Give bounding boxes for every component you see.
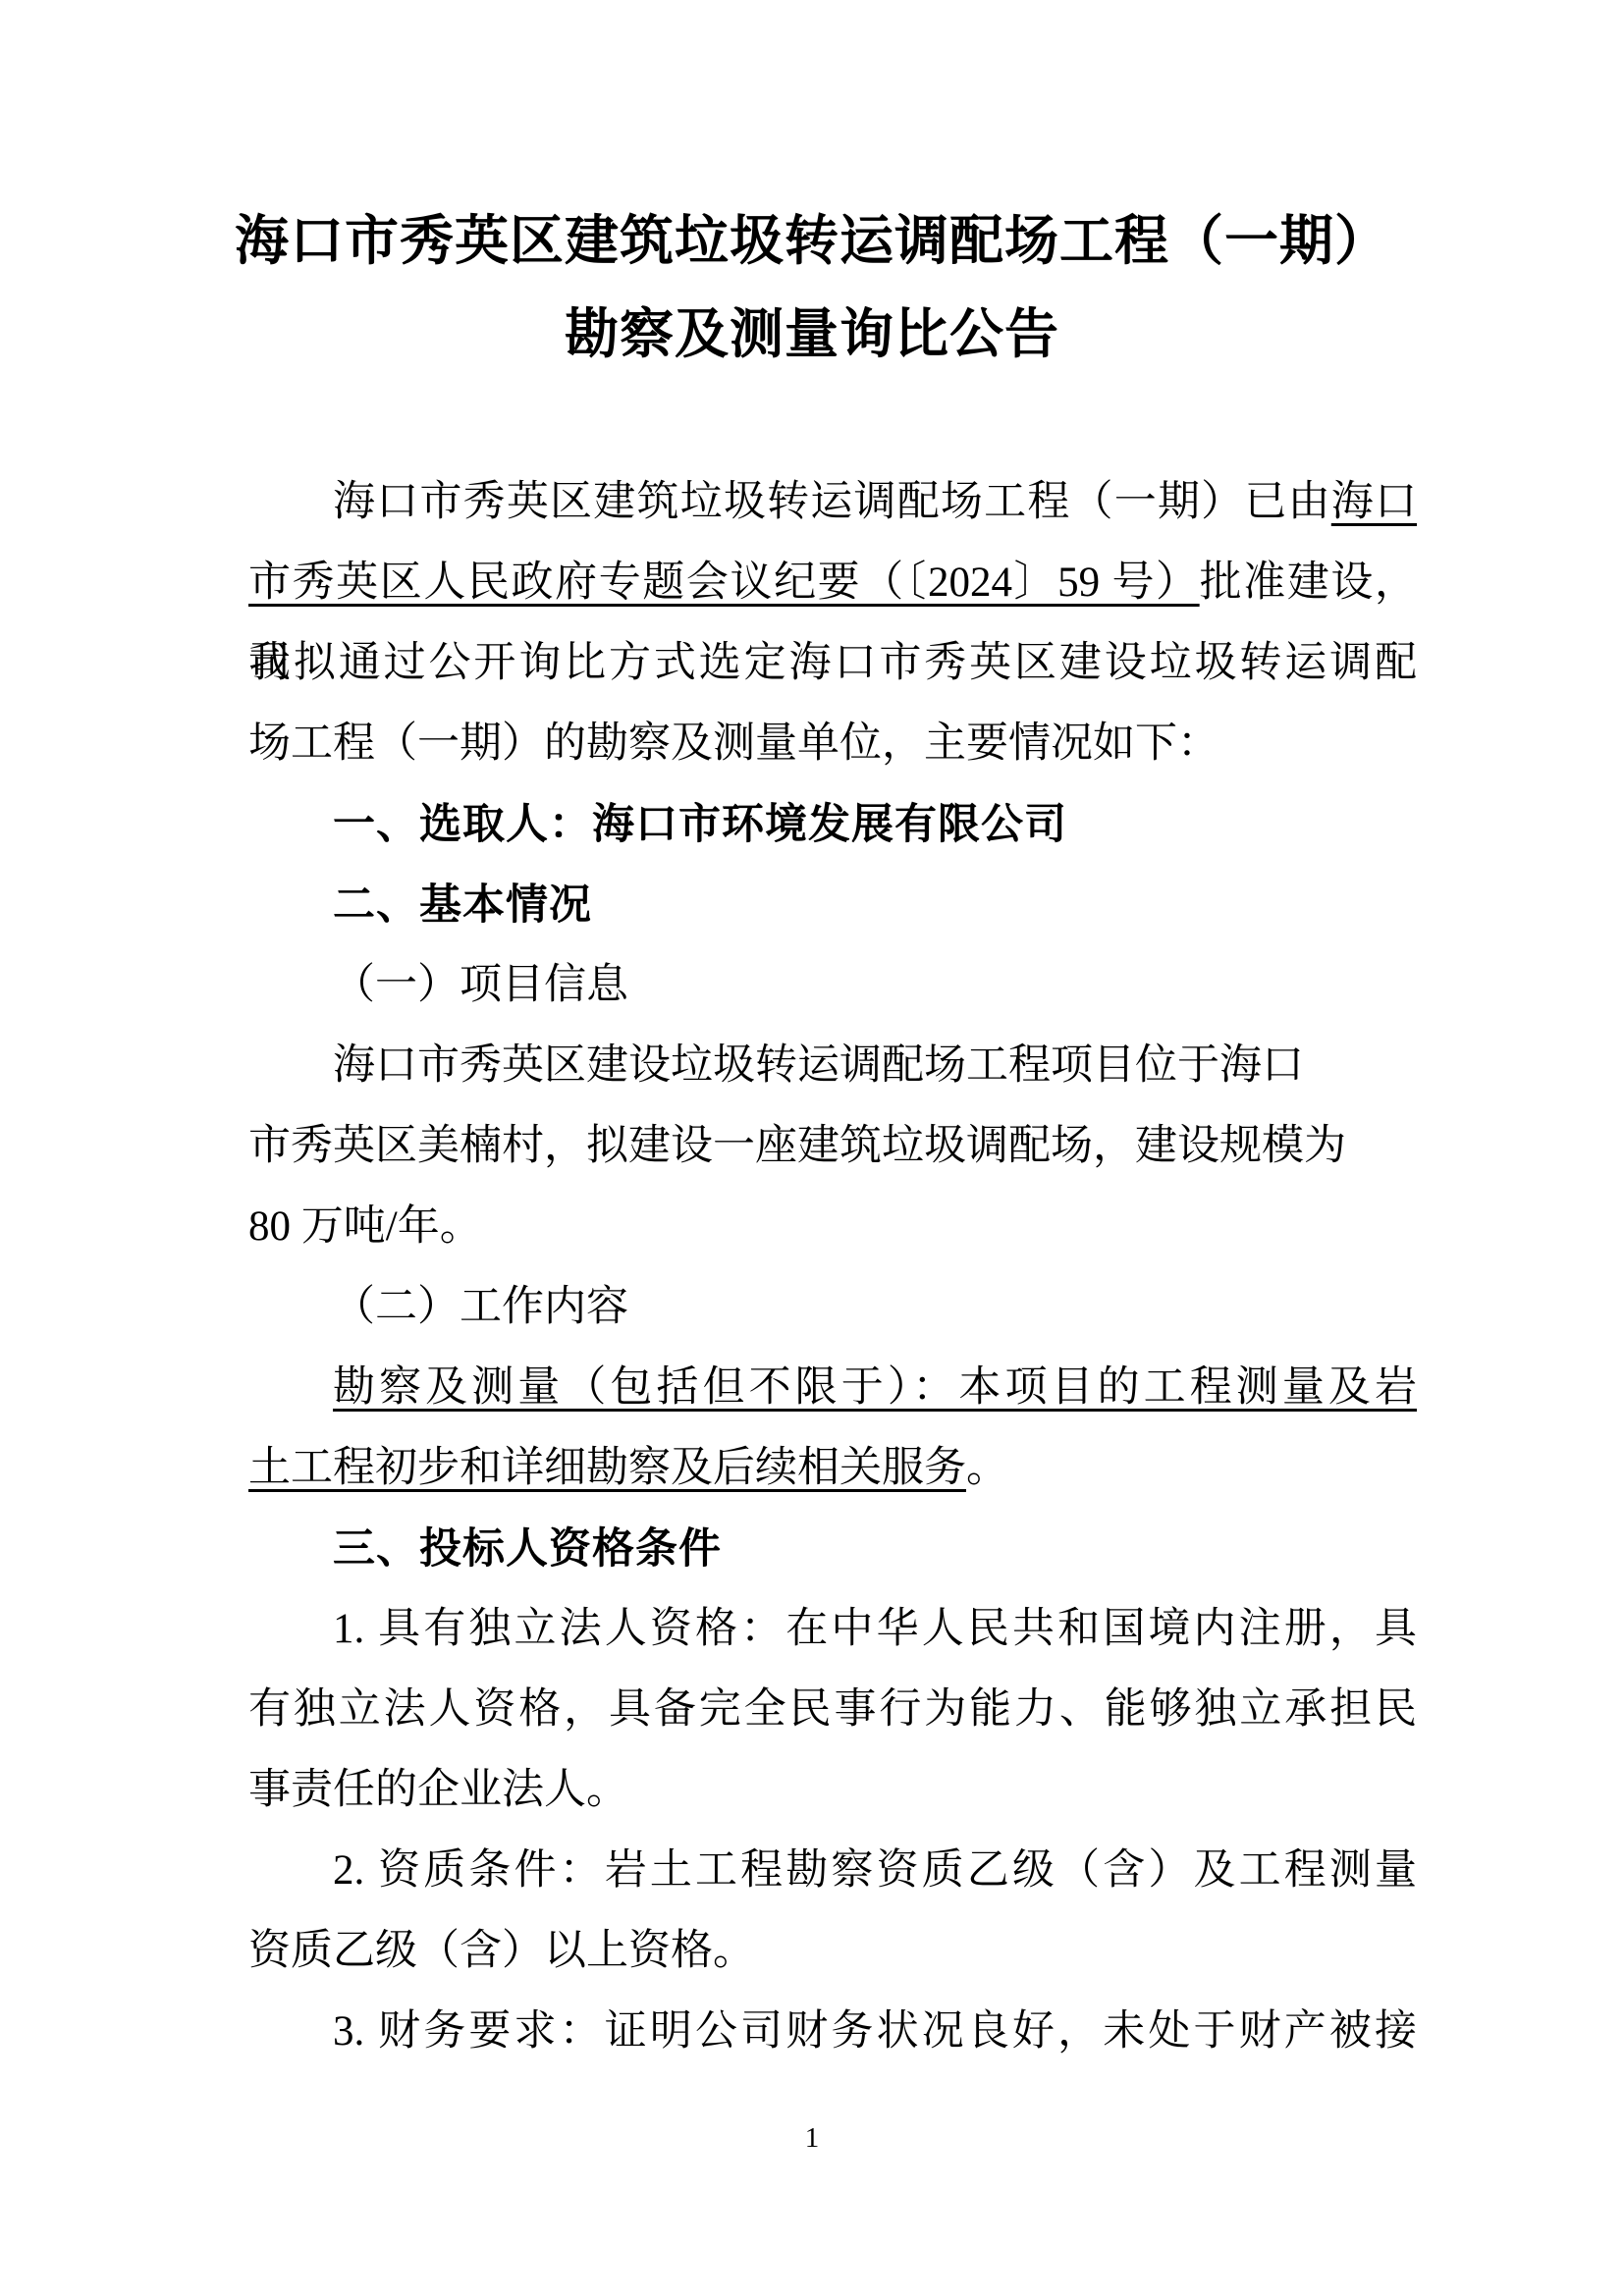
text-line: 勘察及测量（包括但不限于）：本项目的工程测量及岩	[248, 1348, 1417, 1428]
text-run: （二）工作内容	[333, 1284, 628, 1330]
document-body: 海口市秀英区建筑垃圾转运调配场工程（一期）已由海口市秀英区人民政府专题会议纪要（…	[248, 462, 1417, 2072]
underlined-text-run: 海口	[1331, 479, 1417, 525]
text-line: 土工程初步和详细勘察及后续相关服务。	[248, 1428, 1417, 1509]
text-run: 80 万吨/年。	[248, 1203, 482, 1250]
text-line: 1. 具有独立法人资格：在中华人民共和国境内注册，具	[248, 1589, 1417, 1670]
text-run: 1. 具有独立法人资格：在中华人民共和国境内注册，具	[333, 1606, 1417, 1652]
text-run: 有独立法人资格，具备完全民事行为能力、能够独立承担民	[248, 1686, 1417, 1733]
text-run: 2. 资质条件：岩土工程勘察资质乙级（含）及工程测量	[333, 1847, 1417, 1894]
underlined-text-run: 市秀英区人民政府专题会议纪要（〔2024〕59 号）	[248, 560, 1200, 606]
text-run: 海口市秀英区建设垃圾转运调配场工程项目位于海口	[333, 1042, 1304, 1089]
text-run: 三、投标人资格条件	[333, 1525, 722, 1573]
text-line: 三、投标人资格条件	[248, 1509, 1417, 1589]
text-run: 。	[966, 1445, 1008, 1491]
underlined-text-run: 土工程初步和详细勘察及后续相关服务	[248, 1445, 966, 1491]
document-page: 海口市秀英区建筑垃圾转运调配场工程（一期） 勘察及测量询比公告 海口市秀英区建筑…	[0, 0, 1624, 2296]
text-run: （一）项目信息	[333, 962, 628, 1008]
text-line: 80 万吨/年。	[248, 1187, 1417, 1267]
text-run: 一、选取人：海口市环境发展有限公司	[333, 801, 1067, 848]
text-line: 3. 财务要求：证明公司财务状况良好，未处于财产被接	[248, 1992, 1417, 2072]
text-line: 海口市秀英区建设垃圾转运调配场工程项目位于海口	[248, 1026, 1417, 1106]
text-line: 资质乙级（含）以上资格。	[248, 1911, 1417, 1992]
text-run: 司拟通过公开询比方式选定海口市秀英区建设垃圾转运调配	[248, 640, 1417, 686]
text-line: 司拟通过公开询比方式选定海口市秀英区建设垃圾转运调配	[248, 623, 1417, 704]
document-title: 海口市秀英区建筑垃圾转运调配场工程（一期） 勘察及测量询比公告	[0, 194, 1624, 381]
text-run: 资质乙级（含）以上资格。	[248, 1928, 755, 1974]
text-line: 事责任的企业法人。	[248, 1750, 1417, 1831]
text-run: 场工程（一期）的勘察及测量单位，主要情况如下：	[248, 721, 1219, 767]
text-line: 市秀英区人民政府专题会议纪要（〔2024〕59 号）批准建设，我	[248, 543, 1417, 623]
text-run: 事责任的企业法人。	[248, 1767, 628, 1813]
text-line: 市秀英区美楠村，拟建设一座建筑垃圾调配场，建设规模为	[248, 1106, 1417, 1187]
text-run: 市秀英区美楠村，拟建设一座建筑垃圾调配场，建设规模为	[248, 1123, 1346, 1169]
text-line: 二、基本情况	[248, 865, 1417, 945]
text-run: 海口市秀英区建筑垃圾转运调配场工程（一期）已由	[333, 479, 1331, 525]
text-line: 海口市秀英区建筑垃圾转运调配场工程（一期）已由海口	[248, 462, 1417, 543]
text-line: （一）项目信息	[248, 945, 1417, 1026]
page-footer: 1	[0, 2118, 1624, 2158]
underlined-text-run: 勘察及测量（包括但不限于）：本项目的工程测量及岩	[333, 1364, 1417, 1411]
page-number: 1	[805, 2122, 820, 2154]
document-title-line2: 勘察及测量询比公告	[0, 288, 1624, 381]
text-run: 3. 财务要求：证明公司财务状况良好，未处于财产被接	[333, 2008, 1417, 2055]
text-line: 2. 资质条件：岩土工程勘察资质乙级（含）及工程测量	[248, 1831, 1417, 1911]
text-line: （二）工作内容	[248, 1267, 1417, 1348]
text-run: 二、基本情况	[333, 881, 592, 929]
text-line: 一、选取人：海口市环境发展有限公司	[248, 784, 1417, 865]
document-title-line1: 海口市秀英区建筑垃圾转运调配场工程（一期）	[0, 194, 1624, 288]
text-line: 场工程（一期）的勘察及测量单位，主要情况如下：	[248, 704, 1417, 784]
text-line: 有独立法人资格，具备完全民事行为能力、能够独立承担民	[248, 1670, 1417, 1750]
